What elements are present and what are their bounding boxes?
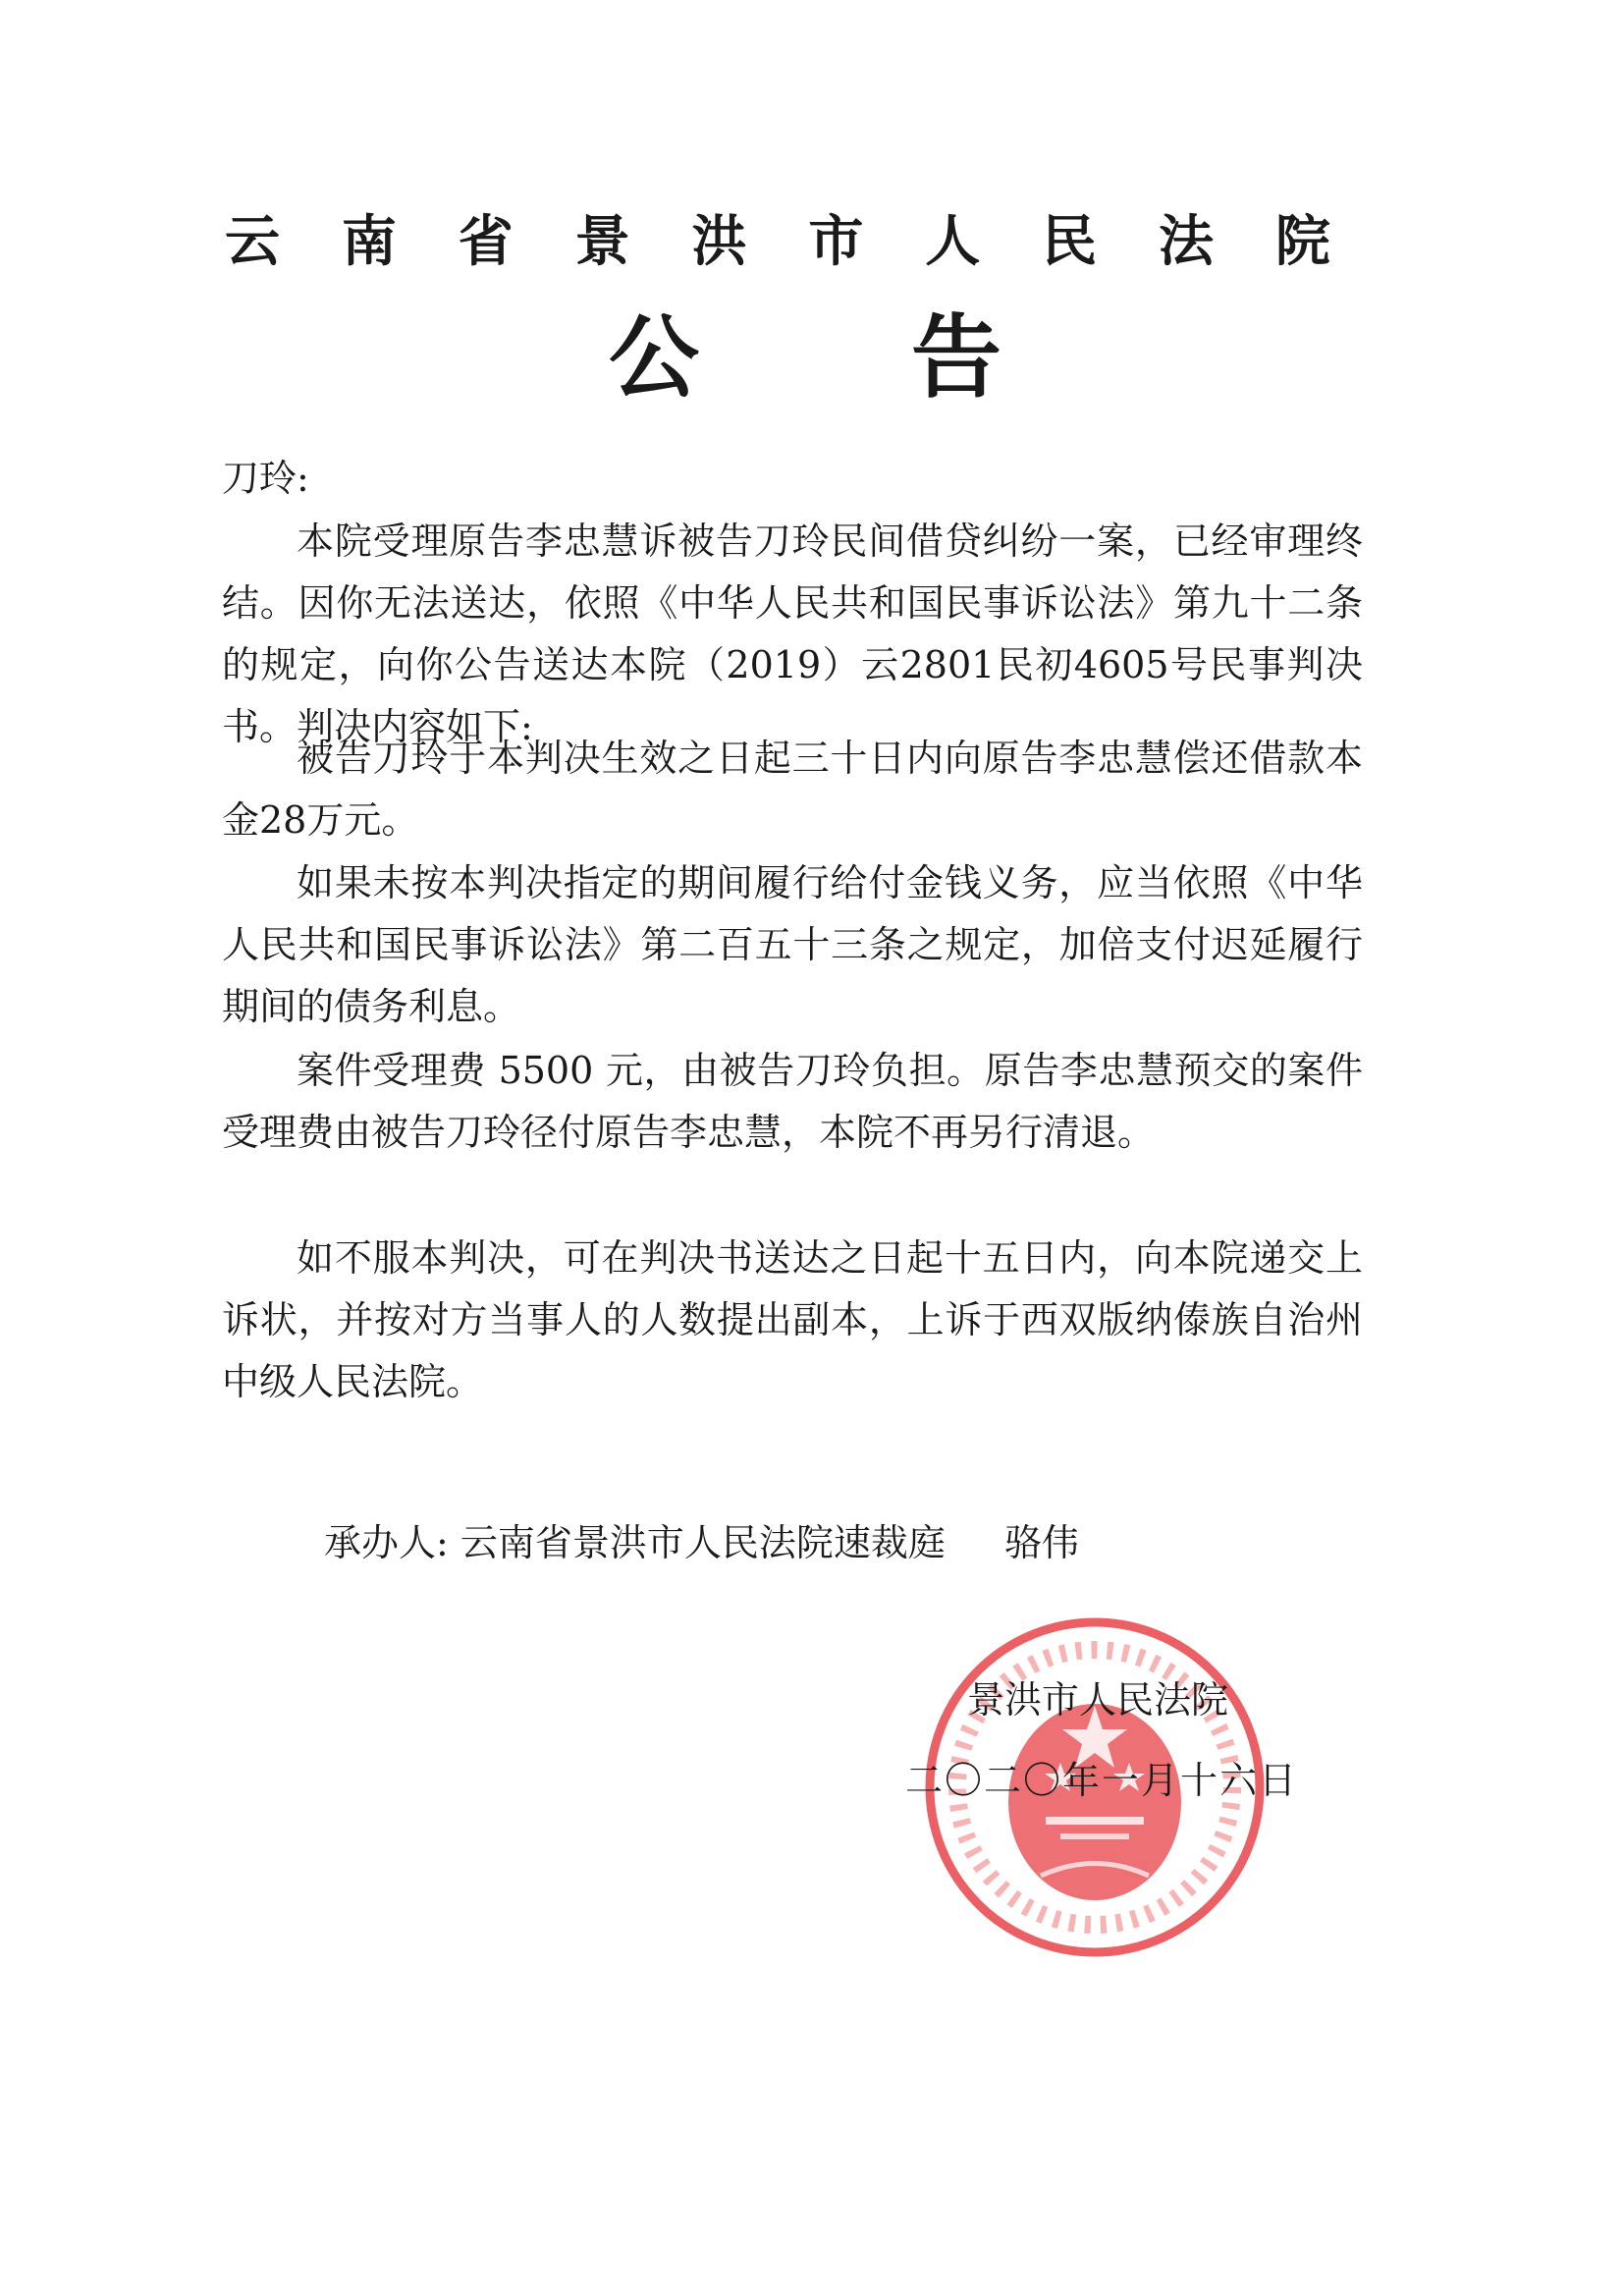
doc-type-char: 公 [609,300,699,417]
title-char: 民 [1035,208,1104,277]
paragraph-court-fee: 案件受理费 5500 元，由被告刀玲负担。原告李忠慧预交的案件受理费由被告刀玲径… [222,1040,1363,1164]
title-char: 人 [918,208,987,277]
paragraph-judgment: 被告刀玲于本判决生效之日起三十日内向原告李忠慧偿还借款本金28万元。 [222,728,1363,851]
salutation: 刀玲: [222,448,1363,510]
document-type-title: 公 告 [609,300,1001,417]
title-char: 省 [452,208,520,277]
issuing-court: 景洪市人民法院 [967,1669,1228,1731]
doc-type-char: 告 [911,300,1001,417]
title-char: 院 [1269,208,1337,277]
case-handler-signature: 承办人: 云南省景洪市人民法院速裁庭骆伟 [324,1512,1079,1574]
title-char: 南 [335,208,404,277]
court-title: 云 南 省 景 洪 市 人 民 法 院 [218,208,1337,277]
title-char: 洪 [685,208,754,277]
title-char: 云 [218,208,287,277]
issue-date: 二〇二〇年一月十六日 [905,1750,1298,1812]
handler-label: 承办人: [324,1521,449,1564]
paragraph-case-intro: 本院受理原告李忠慧诉被告刀玲民间借贷纠纷一案，已经审理终结。因你无法送达，依照《… [222,511,1363,758]
title-char: 景 [568,208,637,277]
title-char: 市 [801,208,870,277]
paragraph-late-interest: 如果未按本判决指定的期间履行给付金钱义务，应当依照《中华人民共和国民事诉讼法》第… [222,852,1363,1038]
handler-department: 云南省景洪市人民法院速裁庭 [460,1521,946,1564]
title-char: 法 [1152,208,1220,277]
handler-name: 骆伟 [1004,1521,1079,1564]
paragraph-appeal: 如不服本判决，可在判决书送达之日起十五日内，向本院递交上诉状，并按对方当事人的人… [222,1228,1363,1413]
